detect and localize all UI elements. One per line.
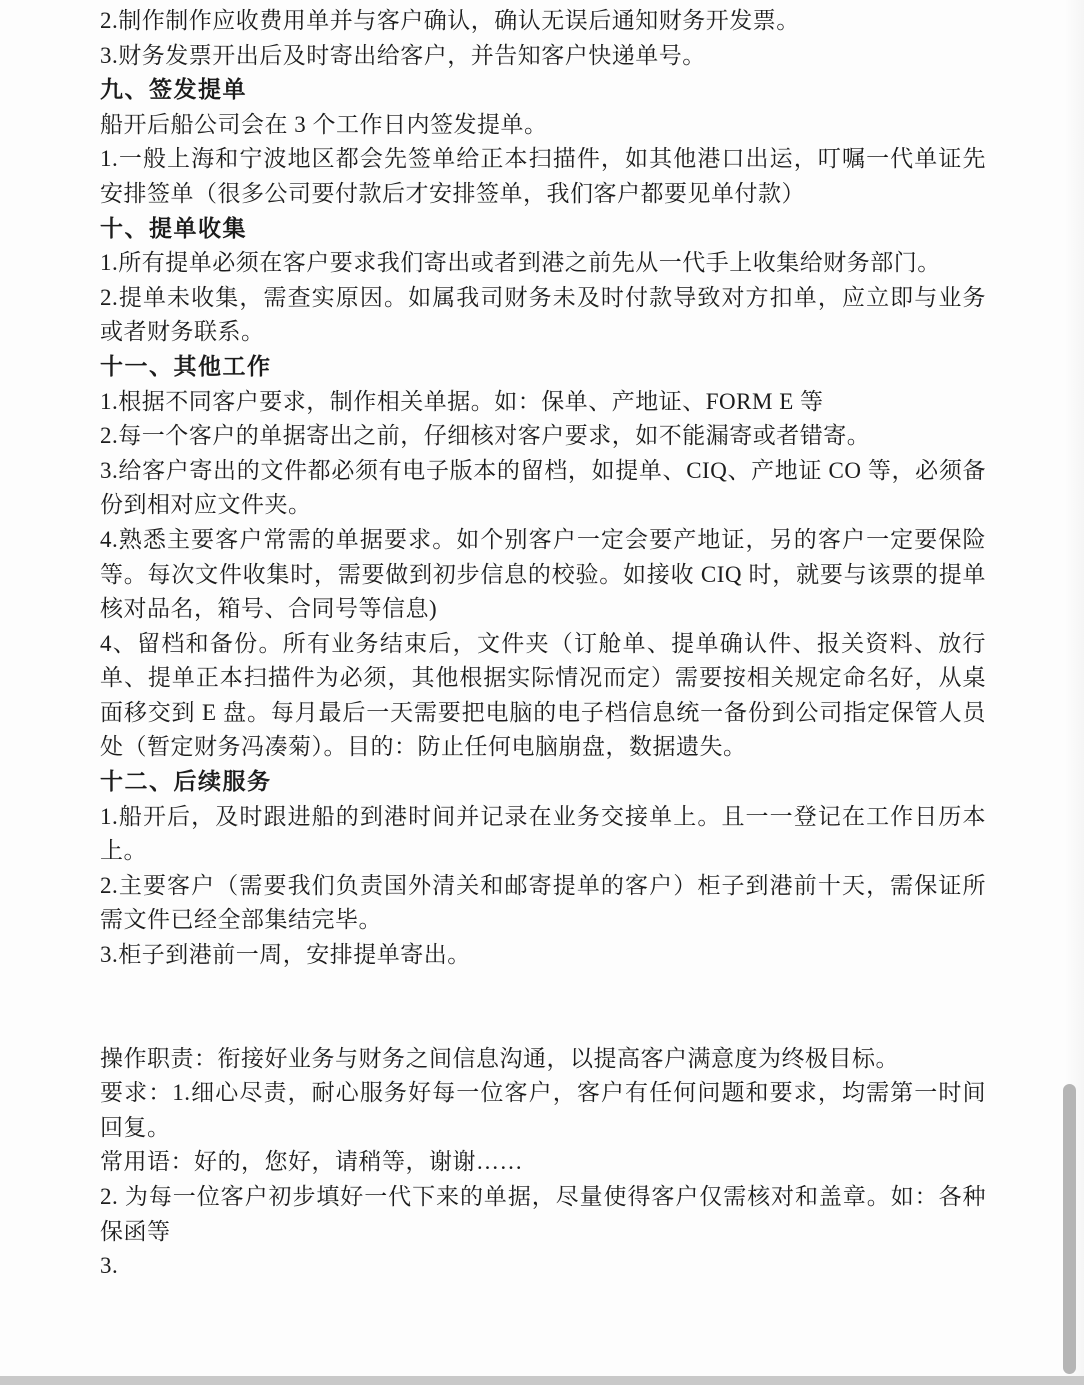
paragraph: 2.主要客户（需要我们负责国外清关和邮寄提单的客户）柜子到港前十天，需保证所需文… bbox=[100, 869, 986, 938]
paragraph: 2.提单未收集，需查实原因。如属我司财务未及时付款导致对方扣单，应立即与业务或者… bbox=[100, 281, 986, 350]
paragraph: 1.一般上海和宁波地区都会先签单给正本扫描件，如其他港口出运，叮嘱一代单证先安排… bbox=[100, 142, 986, 211]
blank-space bbox=[100, 973, 986, 1042]
paragraph: 常用语：好的，您好，请稍等，谢谢…… bbox=[100, 1145, 986, 1180]
paragraph: 要求：1.细心尽责，耐心服务好每一位客户，客户有任何问题和要求，均需第一时间回复… bbox=[100, 1076, 986, 1145]
paragraph: 2. 为每一位客户初步填好一代下来的单据，尽量使得客户仅需核对和盖章。如：各种保… bbox=[100, 1180, 986, 1249]
paragraph: 3.给客户寄出的文件都必须有电子版本的留档，如提单、CIQ、产地证 CO 等，必… bbox=[100, 454, 986, 523]
section-heading: 十、提单收集 bbox=[100, 212, 986, 247]
document-viewer: 2.制作制作应收费用单并与客户确认，确认无误后通知财务开发票。3.财务发票开出后… bbox=[0, 0, 1084, 1385]
section-heading: 十一、其他工作 bbox=[100, 350, 986, 385]
vertical-scrollbar-thumb[interactable] bbox=[1063, 1084, 1076, 1374]
paragraph: 1.所有提单必须在客户要求我们寄出或者到港之前先从一代手上收集给财务部门。 bbox=[100, 246, 986, 281]
paragraph: 2.每一个客户的单据寄出之前，仔细核对客户要求，如不能漏寄或者错寄。 bbox=[100, 419, 986, 454]
paragraph: 1.根据不同客户要求，制作相关单据。如：保单、产地证、FORM E 等 bbox=[100, 385, 986, 420]
paragraph: 4、留档和备份。所有业务结束后，文件夹（订舱单、提单确认件、报关资料、放行单、提… bbox=[100, 627, 986, 765]
paragraph: 3.柜子到港前一周，安排提单寄出。 bbox=[100, 938, 986, 973]
paragraph: 3. bbox=[100, 1249, 986, 1284]
bottom-scrollbar-track[interactable] bbox=[0, 1376, 1084, 1385]
section-heading: 十二、后续服务 bbox=[100, 765, 986, 800]
document-page: 2.制作制作应收费用单并与客户确认，确认无误后通知财务开发票。3.财务发票开出后… bbox=[100, 4, 986, 1284]
paragraph: 操作职责：衔接好业务与财务之间信息沟通，以提高客户满意度为终极目标。 bbox=[100, 1042, 986, 1077]
paragraph: 船开后船公司会在 3 个工作日内签发提单。 bbox=[100, 108, 986, 143]
paragraph: 1.船开后，及时跟进船的到港时间并记录在业务交接单上。且一一登记在工作日历本上。 bbox=[100, 800, 986, 869]
paragraph: 4.熟悉主要客户常需的单据要求。如个别客户一定会要产地证，另的客户一定要保险等。… bbox=[100, 523, 986, 627]
section-heading: 九、签发提单 bbox=[100, 73, 986, 108]
paragraph: 2.制作制作应收费用单并与客户确认，确认无误后通知财务开发票。 bbox=[100, 4, 986, 39]
paragraph: 3.财务发票开出后及时寄出给客户，并告知客户快递单号。 bbox=[100, 39, 986, 74]
